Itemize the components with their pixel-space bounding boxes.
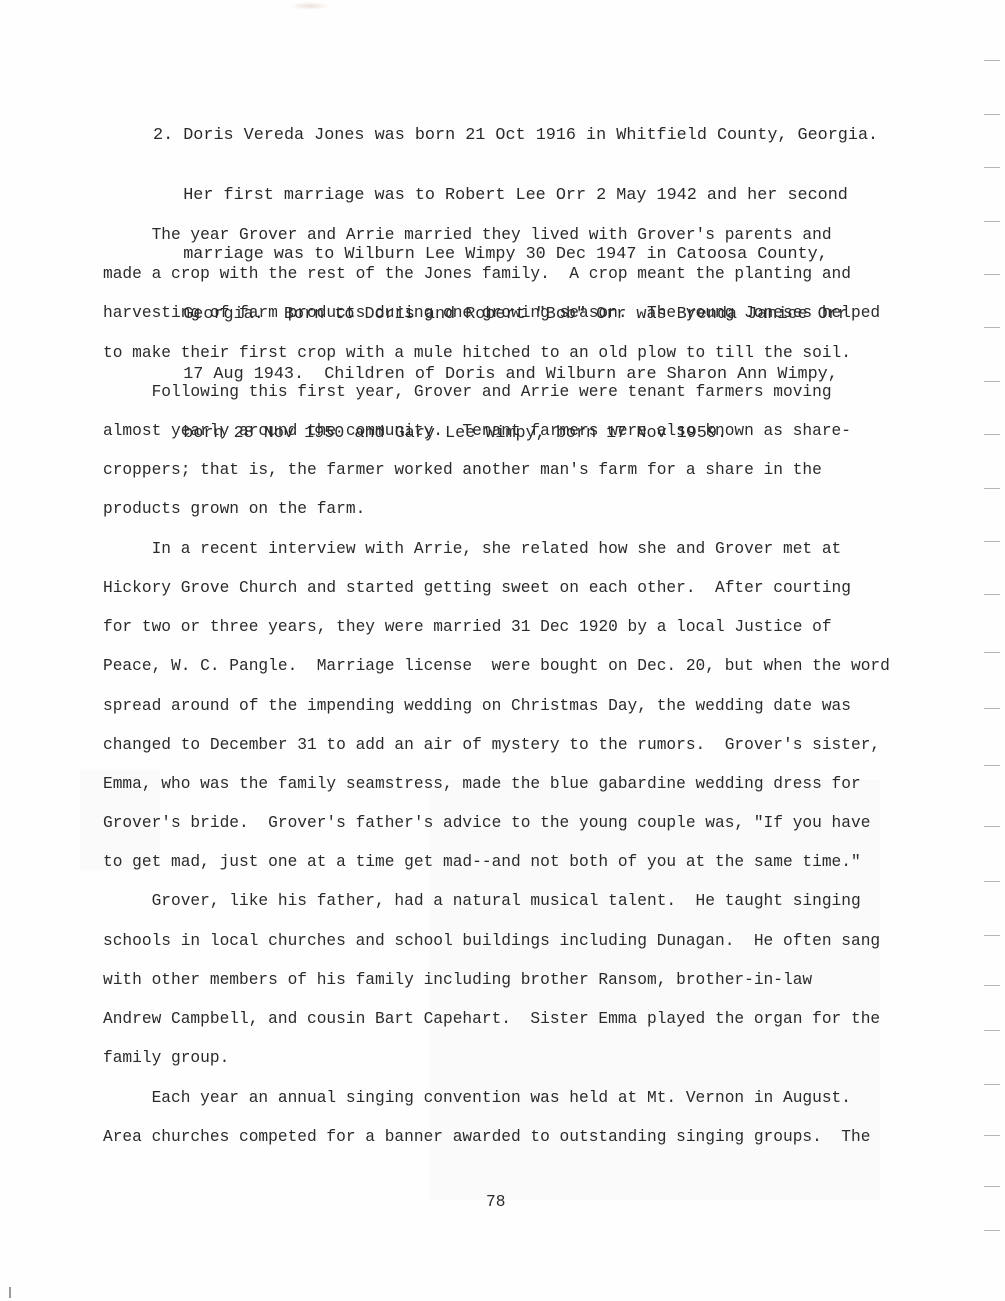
corner-mark <box>9 1287 11 1298</box>
margin-tick-mark <box>984 1084 1000 1085</box>
margin-tick-mark <box>984 221 1000 222</box>
document-page: 2. Doris Vereda Jones was born 21 Oct 19… <box>0 0 1005 1301</box>
margin-tick-mark <box>984 327 1000 328</box>
paragraph-line: almost yearly around the community. Tena… <box>103 421 851 441</box>
paragraph-line: The year Grover and Arrie married they l… <box>103 225 832 245</box>
paragraph-line: croppers; that is, the farmer worked ano… <box>103 460 822 480</box>
margin-tick-mark <box>984 652 1000 653</box>
margin-tick-mark <box>984 935 1000 936</box>
margin-tick-mark <box>984 488 1000 489</box>
paragraph-line: Grover, like his father, had a natural m… <box>103 891 861 911</box>
margin-tick-mark <box>984 60 1000 61</box>
list-text: Doris Vereda Jones was born 21 Oct 1916 … <box>183 126 878 145</box>
paragraph-line: family group. <box>103 1048 229 1068</box>
margin-tick-mark <box>984 274 1000 275</box>
margin-tick-mark <box>984 826 1000 827</box>
paragraph-line: products grown on the farm. <box>103 499 365 519</box>
scan-artifact <box>290 2 330 10</box>
paragraph-line: In a recent interview with Arrie, she re… <box>103 539 841 559</box>
paragraph-line: changed to December 31 to add an air of … <box>103 735 880 755</box>
paragraph-line: Andrew Campbell, and cousin Bart Capehar… <box>103 1009 880 1029</box>
paragraph-line: to make their first crop with a mule hit… <box>103 343 851 363</box>
margin-tick-mark <box>984 114 1000 115</box>
paragraph-line: Following this first year, Grover and Ar… <box>103 382 832 402</box>
margin-tick-mark <box>984 381 1000 382</box>
list-text: Her first marriage was to Robert Lee Orr… <box>183 186 848 205</box>
page-number: 78 <box>486 1192 505 1212</box>
list-text: 17 Aug 1943. Children of Doris and Wilbu… <box>183 365 838 384</box>
paragraph-line: to get mad, just one at a time get mad--… <box>103 852 861 872</box>
list-number: 2. <box>153 126 173 145</box>
list-line: Her first marriage was to Robert Lee Orr… <box>153 186 913 206</box>
margin-tick-mark <box>984 1230 1000 1231</box>
margin-tick-mark <box>984 1186 1000 1187</box>
paragraph-line: Each year an annual singing convention w… <box>103 1088 851 1108</box>
paragraph-line: made a crop with the rest of the Jones f… <box>103 264 851 284</box>
paragraph-line: for two or three years, they were marrie… <box>103 617 832 637</box>
margin-tick-mark <box>984 708 1000 709</box>
list-line: 2. Doris Vereda Jones was born 21 Oct 19… <box>153 126 913 146</box>
margin-tick-mark <box>984 985 1000 986</box>
margin-tick-mark <box>984 167 1000 168</box>
paragraph-line: spread around of the impending wedding o… <box>103 696 851 716</box>
margin-tick-mark <box>984 1135 1000 1136</box>
paragraph-line: Peace, W. C. Pangle. Marriage license we… <box>103 656 890 676</box>
list-line: marriage was to Wilburn Lee Wimpy 30 Dec… <box>153 245 913 265</box>
paragraph-line: Hickory Grove Church and started getting… <box>103 578 851 598</box>
list-text: marriage was to Wilburn Lee Wimpy 30 Dec… <box>183 245 828 264</box>
paragraph-line: with other members of his family includi… <box>103 970 812 990</box>
margin-tick-mark <box>984 1030 1000 1031</box>
margin-tick-mark <box>984 765 1000 766</box>
paragraph-line: Grover's bride. Grover's father's advice… <box>103 813 870 833</box>
paragraph-line: harvesting of farm products during one g… <box>103 303 880 323</box>
paragraph-line: schools in local churches and school bui… <box>103 931 880 951</box>
paragraph-line: Emma, who was the family seamstress, mad… <box>103 774 861 794</box>
margin-tick-mark <box>984 541 1000 542</box>
margin-tick-mark <box>984 594 1000 595</box>
margin-tick-mark <box>984 434 1000 435</box>
margin-tick-mark <box>984 881 1000 882</box>
paragraph-line: Area churches competed for a banner awar… <box>103 1127 870 1147</box>
